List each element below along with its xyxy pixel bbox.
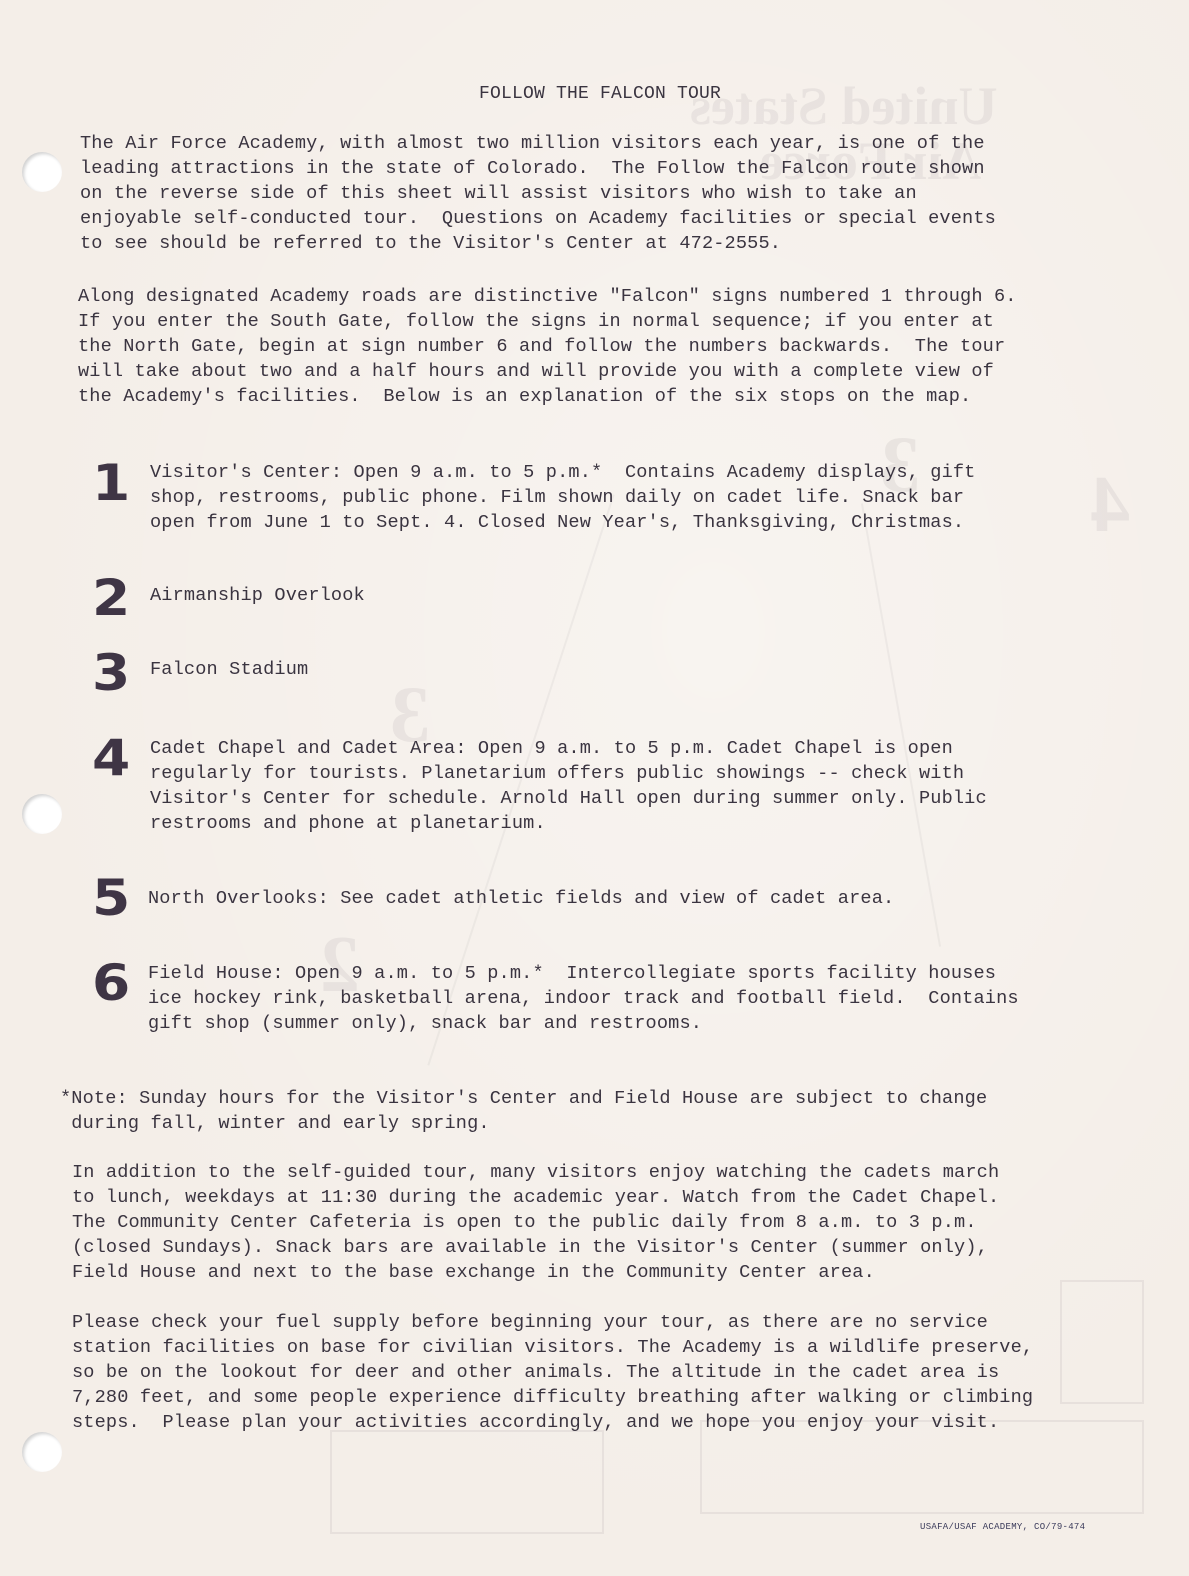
show-through-box — [1060, 1280, 1144, 1404]
page-title: FOLLOW THE FALCON TOUR — [0, 84, 1189, 104]
stop-number-4: 4 — [92, 733, 130, 783]
signs-paragraph: Along designated Academy roads are disti… — [78, 284, 1017, 409]
punch-hole — [22, 794, 62, 834]
stop-number-5: 5 — [92, 873, 130, 923]
stop-number-3: 3 — [92, 648, 130, 698]
punch-hole — [22, 152, 62, 192]
note-paragraph: *Note: Sunday hours for the Visitor's Ce… — [60, 1086, 987, 1136]
fuel-paragraph: Please check your fuel supply before beg… — [72, 1310, 1033, 1435]
show-through-box — [330, 1430, 604, 1534]
stop-description-5: North Overlooks: See cadet athletic fiel… — [148, 886, 894, 911]
stop-description-6: Field House: Open 9 a.m. to 5 p.m.* Inte… — [148, 961, 1019, 1036]
show-through-number: 4 — [1090, 460, 1130, 551]
punch-hole — [22, 1432, 62, 1472]
show-through-road — [861, 503, 941, 947]
document-page: United States Air Force 3 4 3 2 FOLLOW T… — [0, 0, 1189, 1576]
stop-description-3: Falcon Stadium — [150, 657, 308, 682]
lunch-paragraph: In addition to the self-guided tour, man… — [72, 1160, 999, 1285]
stop-description-4: Cadet Chapel and Cadet Area: Open 9 a.m.… — [150, 736, 987, 836]
form-code: USAFA/USAF ACADEMY, CO/79-474 — [920, 1522, 1085, 1532]
stop-description-2: Airmanship Overlook — [150, 583, 365, 608]
stop-description-1: Visitor's Center: Open 9 a.m. to 5 p.m.*… — [150, 460, 976, 535]
stop-number-2: 2 — [92, 573, 130, 623]
intro-paragraph: The Air Force Academy, with almost two m… — [80, 131, 996, 256]
stop-number-1: 1 — [92, 458, 130, 508]
stop-number-6: 6 — [92, 958, 130, 1008]
